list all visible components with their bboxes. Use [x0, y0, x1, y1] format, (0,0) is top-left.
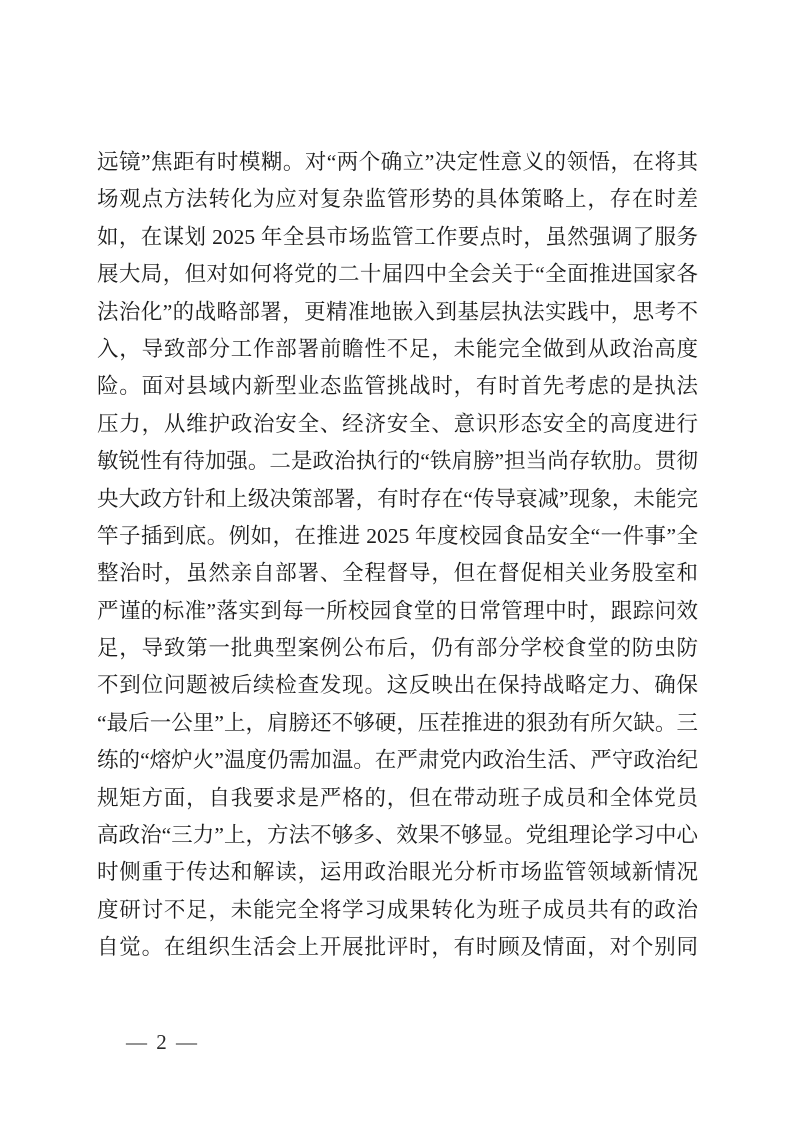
text-line: 不到位问题被后续检查发现。这反映出在保持战略定力、确保政令畅通的: [97, 667, 698, 704]
text-line: 竿子插到底。例如，在推进 2025 年度校园食品安全“一件事”全链条专项: [97, 518, 698, 555]
text-line: 险。面对县域内新型业态监管挑战时，有时首先考虑的是执法风险和问责: [97, 368, 698, 405]
text-line: 自觉。在组织生活会上开展批评时，有时顾及情面，对个别同志存在的“宁: [97, 929, 698, 966]
text-line: 如，在谋划 2025 年全县市场监管工作要点时，虽然强调了服务高质量发: [97, 219, 698, 256]
text-line: 法治化”的战略部署，更精准地嵌入到基层执法实践中，思考不够系统深: [97, 294, 698, 331]
text-line: 足，导致第一批典型案例公布后，仍有部分学校食堂的防虫防鼠设施整改: [97, 630, 698, 667]
page-number: — 2 —: [126, 1029, 199, 1055]
document-page: 远镜”焦距有时模糊。对“两个确立”决定性意义的领悟，在将其蕴含的立 场观点方法转…: [0, 0, 793, 1122]
text-line: 压力，从维护政治安全、经济安全、意识形态安全的高度进行综合研判的: [97, 406, 698, 443]
text-line: “最后一公里”上，肩膀还不够硬，压茬推进的狠劲有所欠缺。三是政治历: [97, 705, 698, 742]
text-line: 远镜”焦距有时模糊。对“两个确立”决定性意义的领悟，在将其蕴含的立: [97, 144, 698, 181]
text-line: 入，导致部分工作部署前瞻性不足，未能完全做到从政治高度洞察业务风: [97, 331, 698, 368]
text-line: 央大政方针和上级决策部署，有时存在“传导衰减”现象，未能完全做到一: [97, 481, 698, 518]
text-line: 时侧重于传达和解读，运用政治眼光分析市场监管领域新情况新问题的深: [97, 854, 698, 891]
text-line: 度研讨不足，未能完全将学习成果转化为班子成员共有的政治能力和行动: [97, 892, 698, 929]
text-line: 展大局，但对如何将党的二十届四中全会关于“全面推进国家各方面工作: [97, 256, 698, 293]
text-line: 整治时，虽然亲自部署、全程督导，但在督促相关业务股室和基层所将“最: [97, 555, 698, 592]
text-line: 高政治“三力”上，方法不够多、效果不够显。党组理论学习中心组学习有: [97, 817, 698, 854]
text-line: 场观点方法转化为应对复杂监管形势的具体策略上，存在时差和温差。例: [97, 181, 698, 218]
body-text: 远镜”焦距有时模糊。对“两个确立”决定性意义的领悟，在将其蕴含的立 场观点方法转…: [97, 144, 698, 967]
text-line: 规矩方面，自我要求是严格的，但在带动班子成员和全体党员干部共同提: [97, 780, 698, 817]
text-line: 敏锐性有待加强。二是政治执行的“铁肩膀”担当尚存软肋。贯彻落实党中: [97, 443, 698, 480]
text-line: 严谨的标准”落实到每一所校园食堂的日常管理中时，跟踪问效的韧劲不: [97, 593, 698, 630]
text-line: 练的“熔炉火”温度仍需加温。在严肃党内政治生活、严守政治纪律和政治: [97, 742, 698, 779]
